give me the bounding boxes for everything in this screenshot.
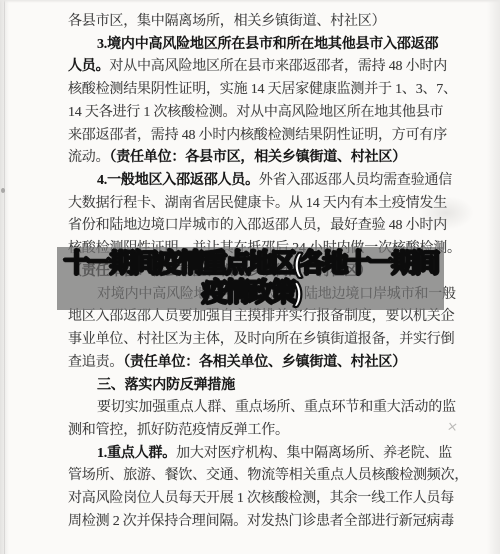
document-line-segment: 14 天各进行 1 次核酸检测。对从中高风险地区所在地其他县市	[68, 105, 443, 120]
title-overlay: 十一期间疫情重点地区(各地十一期间 疫情政策)	[57, 247, 444, 310]
document-line: 周检测 2 次并保持合理间隔。对发热门诊患者全部进行新冠病毒	[68, 511, 445, 534]
document-line: 核酸检测结果阴性证明，实施 14 天居家健康监测并于 1、3、7、	[68, 79, 445, 102]
document-line: 4.一般地区入邵返邵人员。外省入邵返邵人员均需查验通信	[68, 170, 445, 193]
document-line-bold-segment: 4.一般地区入邵返邵人员。	[97, 173, 259, 188]
overlay-title-line2: 疫情政策)	[57, 278, 444, 307]
document-line: 14 天各进行 1 次核酸检测。对从中高风险地区所在地其他县市	[68, 102, 445, 125]
document-line: 大数据行程卡、湖南省居民健康卡。从 14 天内有本土疫情发生	[68, 193, 445, 216]
document-line-bold-segment: （责任单位：各相关单位、乡镇街道、村社区）	[123, 355, 406, 370]
document-line-segment: 地区入邵返邵人员要加强自主摸排并实行报备制度，要以机关企	[68, 309, 454, 324]
document-line-segment: 核酸检测结果阴性证明，实施 14 天居家健康监测并于 1、3、7、	[68, 82, 457, 97]
scanned-document-page: 各县市区，集中隔离场所，相关乡镇街道、村社区）3.境内中高风险地区所在县市和所在…	[0, 0, 500, 554]
document-line: 管场所、旅游、餐饮、交通、物流等相关重点人员核酸检测频次，	[68, 465, 445, 488]
document-line: 3.境内中高风险地区所在县市和所在地其他县市入邵返邵	[68, 34, 445, 57]
document-line-bold-segment: 人员。	[68, 59, 109, 74]
document-line: 来邵返邵者，需持 48 小时内核酸检测结果阴性证明，方可有序	[68, 125, 445, 148]
document-line-segment: 查追责。	[68, 355, 123, 370]
document-line: 要切实加强重点人群、重点场所、重点环节和重大活动的监	[68, 397, 445, 420]
page-left-seam	[4, 0, 5, 554]
document-line: 三、落实内防反弹措施	[68, 375, 445, 398]
document-line: 事业单位、村社区为主体，及时向所在乡镇街道报备，并实行倒	[68, 329, 445, 352]
overlay-title-line1: 十一期间疫情重点地区(各地十一期间	[57, 249, 444, 278]
document-line-bold-segment: 3.境内中高风险地区所在县市和所在地其他县市入邵返邵	[97, 37, 438, 52]
page-top-edge	[0, 0, 500, 3]
document-line-segment: 周检测 2 次并保持合理间隔。对发热门诊患者全部进行新冠病毒	[68, 514, 454, 529]
document-line-segment: 对从中高风险地区所在县市来邵返邵者，需持 48 小时内	[109, 59, 447, 74]
scan-smudge-artifact	[418, 196, 474, 230]
document-line-segment: 事业单位、村社区为主体，及时向所在乡镇街道报备，并实行倒	[68, 332, 454, 347]
document-line-segment: 管场所、旅游、餐饮、交通、物流等相关重点人员核酸检测频次，	[68, 468, 468, 483]
document-line-segment: 测和管控，抓好防范疫情反弹工作。	[68, 423, 289, 438]
scan-speck-artifact	[1, 188, 5, 193]
document-line-segment: 外省入邵返邵人员均需查验通信	[259, 173, 452, 188]
document-line-segment: 来邵返邵者，需持 48 小时内核酸检测结果阴性证明，方可有序	[68, 128, 447, 143]
document-line: 流动。（责任单位：各县市区，相关乡镇街道、村社区）	[68, 147, 445, 170]
document-line-bold-segment: （责任单位：各县市区，相关乡镇街道、村社区）	[109, 150, 406, 165]
document-line-segment: 加大对医疗机构、集中隔离场所、养老院、监	[176, 446, 452, 461]
document-line-bold-segment: 1.重点人群。	[97, 446, 176, 461]
document-line: 1.重点人群。加大对医疗机构、集中隔离场所、养老院、监	[68, 443, 445, 466]
document-line: 人员。对从中高风险地区所在县市来邵返邵者，需持 48 小时内	[68, 56, 445, 79]
document-line: 省份和陆地边境口岸城市的入邵返邵人员，最好查验 48 小时内	[68, 215, 445, 238]
document-line: 对高风险岗位人员每天开展 1 次核酸检测，其余一线工作人员每	[68, 488, 445, 511]
document-line: 测和管控，抓好防范疫情反弹工作。	[68, 420, 445, 443]
document-line-segment: 省份和陆地边境口岸城市的入邵返邵人员，最好查验 48 小时内	[68, 218, 447, 233]
document-line-segment: 对高风险岗位人员每天开展 1 次核酸检测，其余一线工作人员每	[68, 491, 454, 506]
page-right-edge	[487, 0, 500, 554]
document-line-segment: 大数据行程卡、湖南省居民健康卡。从 14 天内有本土疫情发生	[68, 196, 447, 211]
document-line-bold-segment: 三、落实内防反弹措施	[97, 378, 235, 393]
document-line: 查追责。（责任单位：各相关单位、乡镇街道、村社区）	[68, 352, 445, 375]
document-line: 各县市区，集中隔离场所，相关乡镇街道、村社区）	[68, 11, 445, 34]
document-line-segment: 要切实加强重点人群、重点场所、重点环节和重大活动的监	[97, 400, 456, 415]
document-line-segment: 各县市区，集中隔离场所，相关乡镇街道、村社区）	[68, 14, 385, 29]
scan-cross-artifact: ×	[446, 419, 462, 435]
document-line-segment: 流动。	[68, 150, 109, 165]
